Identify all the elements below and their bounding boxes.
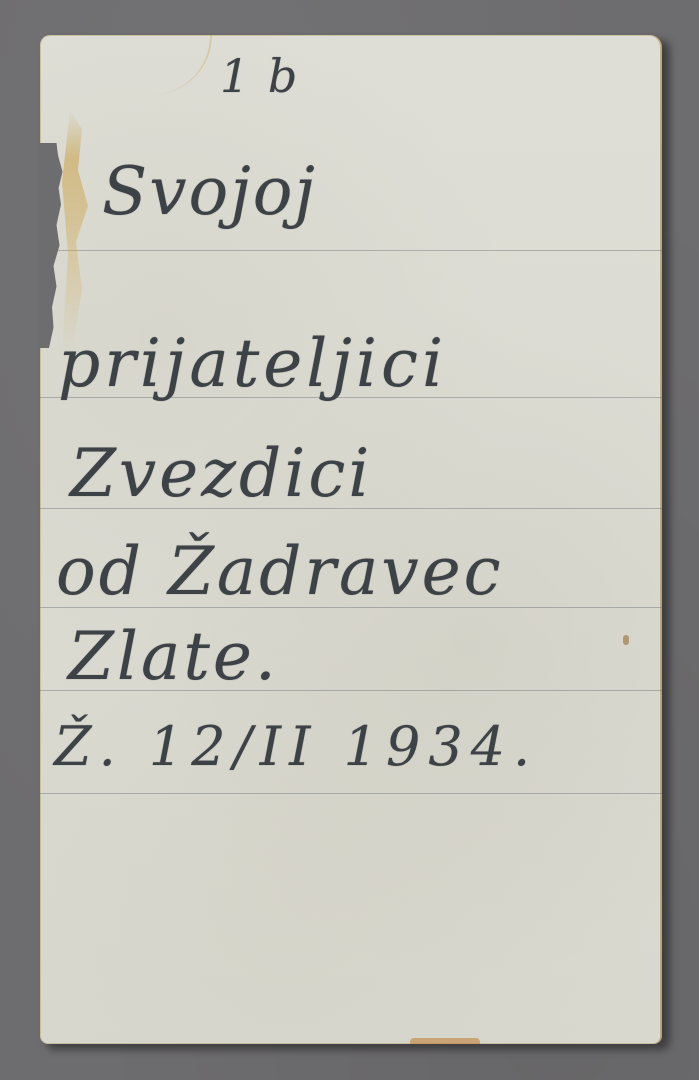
handwritten-line-2: prijateljici <box>58 325 447 402</box>
handwritten-card: 1 b Svojoj prijateljici Zvezdici od Žadr… <box>40 35 662 1044</box>
corner-stain <box>120 35 212 95</box>
handwritten-line-1: Svojoj <box>102 153 317 230</box>
handwritten-line-4: od Žadravec <box>56 533 504 610</box>
handwritten-line-5: Zlate. <box>68 618 279 695</box>
handwritten-date: Ž. 12/II 1934. <box>54 715 538 778</box>
handwritten-line-3: Zvezdici <box>70 435 372 512</box>
foxing-spot <box>623 635 629 645</box>
ruled-line <box>40 793 662 794</box>
ruled-line <box>40 250 662 251</box>
edge-stain <box>410 1038 480 1044</box>
catalog-mark: 1 b <box>220 49 299 103</box>
